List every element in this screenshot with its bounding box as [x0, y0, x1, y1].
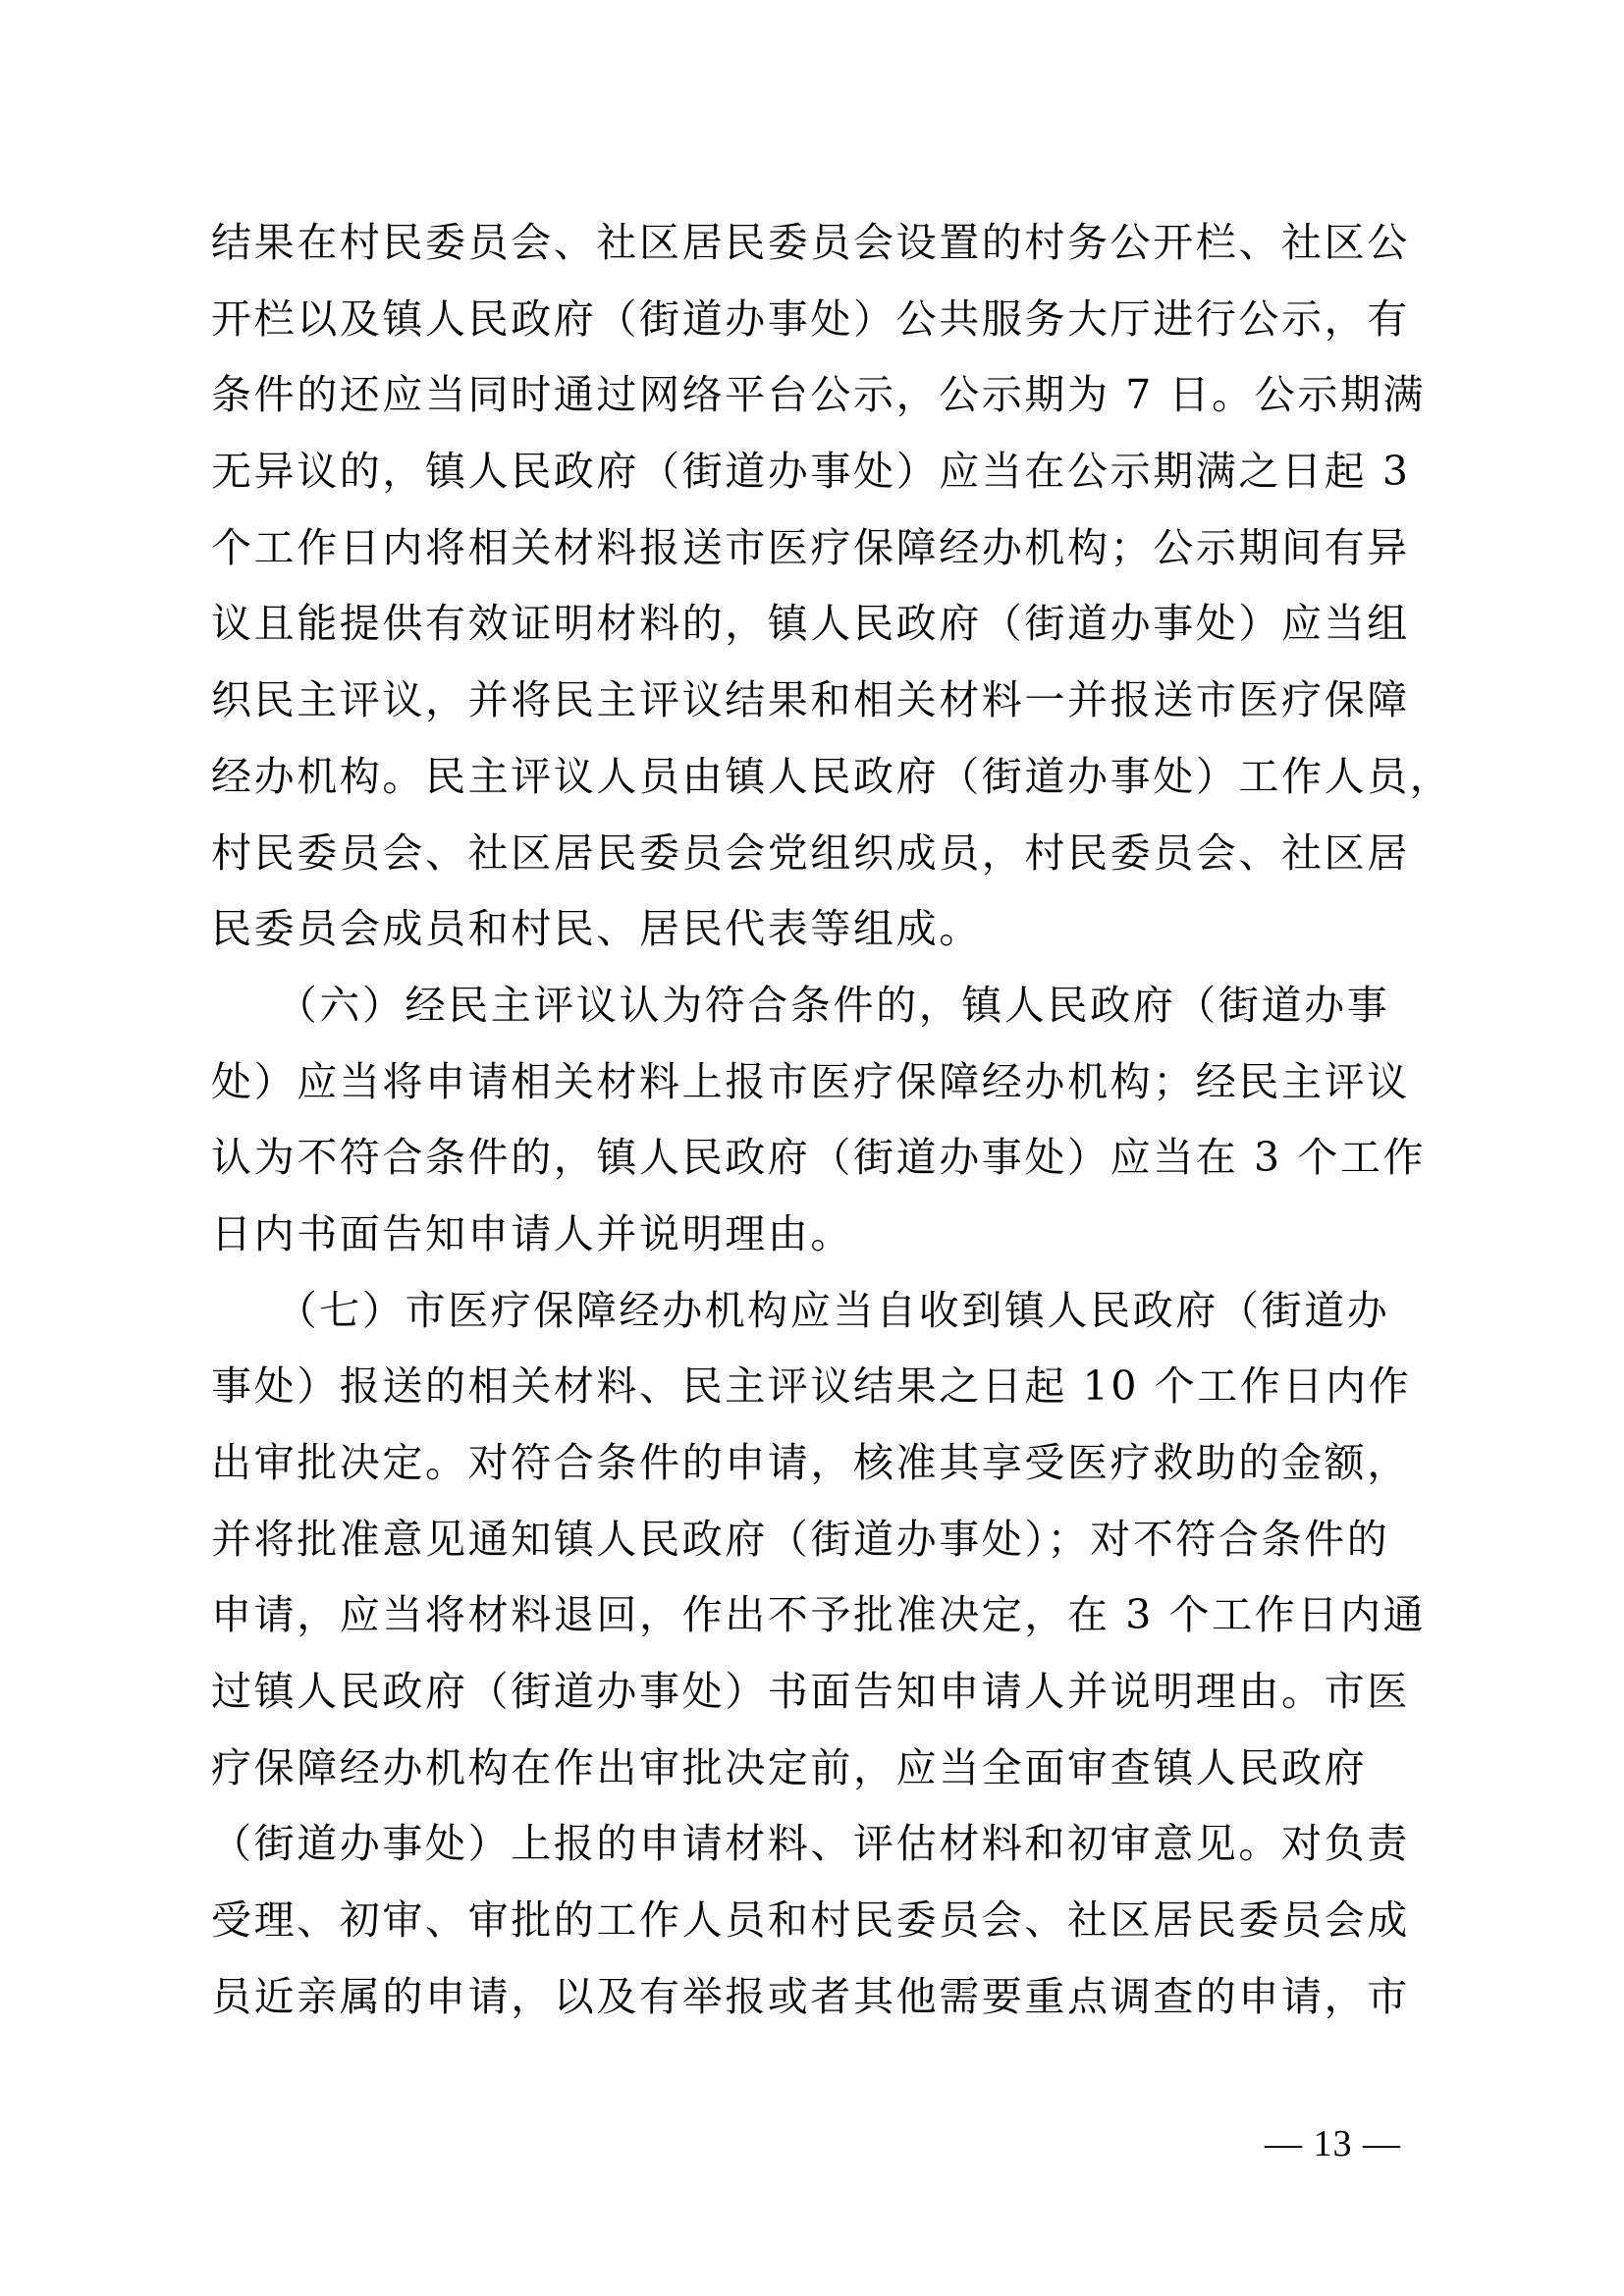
text-line: 村民委员会、社区居民委员会党组织成员，村民委员会、社区居: [211, 825, 1429, 901]
text-line: 员近亲属的申请，以及有举报或者其他需要重点调查的申请，市: [211, 1968, 1429, 2045]
text-line: 经办机构。民主评议人员由镇人民政府（街道办事处）工作人员，: [211, 748, 1429, 825]
document-page: 结果在村民委员会、社区居民委员会设置的村务公开栏、社区公 开栏以及镇人民政府（街…: [0, 0, 1624, 2296]
paragraph-item-7: （七）市医疗保障经办机构应当自收到镇人民政府（街道办 事处）报送的相关材料、民主…: [211, 1282, 1429, 2045]
text-line: （六）经民主评议认为符合条件的，镇人民政府（街道办事: [211, 977, 1429, 1053]
text-line: 过镇人民政府（街道办事处）书面告知申请人并说明理由。市医: [211, 1663, 1429, 1739]
paragraph-continuation: 结果在村民委员会、社区居民委员会设置的村务公开栏、社区公 开栏以及镇人民政府（街…: [211, 214, 1429, 977]
text-line: 无异议的，镇人民政府（街道办事处）应当在公示期满之日起 3: [211, 443, 1429, 519]
text-line: 认为不符合条件的，镇人民政府（街道办事处）应当在 3 个工作: [211, 1129, 1429, 1205]
text-line: （街道办事处）上报的申请材料、评估材料和初审意见。对负责: [211, 1815, 1429, 1892]
text-line: 议且能提供有效证明材料的，镇人民政府（街道办事处）应当组: [211, 595, 1429, 671]
text-line: 织民主评议，并将民主评议结果和相关材料一并报送市医疗保障: [211, 671, 1429, 748]
text-line: 条件的还应当同时通过网络平台公示，公示期为 7 日。公示期满: [211, 366, 1429, 443]
text-line: 个工作日内将相关材料报送市医疗保障经办机构；公示期间有异: [211, 519, 1429, 596]
paragraph-item-6: （六）经民主评议认为符合条件的，镇人民政府（街道办事 处）应当将申请相关材料上报…: [211, 977, 1429, 1282]
text-line: 申请，应当将材料退回，作出不予批准决定，在 3 个工作日内通: [211, 1586, 1429, 1663]
text-line: 结果在村民委员会、社区居民委员会设置的村务公开栏、社区公: [211, 214, 1429, 291]
text-line: 出审批决定。对符合条件的申请，核准其享受医疗救助的金额，: [211, 1434, 1429, 1511]
body-text: 结果在村民委员会、社区居民委员会设置的村务公开栏、社区公 开栏以及镇人民政府（街…: [211, 214, 1429, 2045]
text-line: 民委员会成员和村民、居民代表等组成。: [211, 900, 1429, 977]
text-line: 疗保障经办机构在作出审批决定前，应当全面审查镇人民政府: [211, 1739, 1429, 1816]
text-line: 并将批准意见通知镇人民政府（街道办事处）；对不符合条件的: [211, 1511, 1429, 1587]
text-line: 受理、初审、审批的工作人员和村民委员会、社区居民委员会成: [211, 1892, 1429, 1968]
text-line: 事处）报送的相关材料、民主评议结果之日起 10 个工作日内作: [211, 1358, 1429, 1434]
text-line: （七）市医疗保障经办机构应当自收到镇人民政府（街道办: [211, 1282, 1429, 1359]
text-line: 处）应当将申请相关材料上报市医疗保障经办机构；经民主评议: [211, 1053, 1429, 1130]
text-line: 日内书面告知申请人并说明理由。: [211, 1205, 1429, 1282]
text-line: 开栏以及镇人民政府（街道办事处）公共服务大厅进行公示，有: [211, 291, 1429, 367]
page-number: — 13 —: [1265, 2122, 1401, 2165]
